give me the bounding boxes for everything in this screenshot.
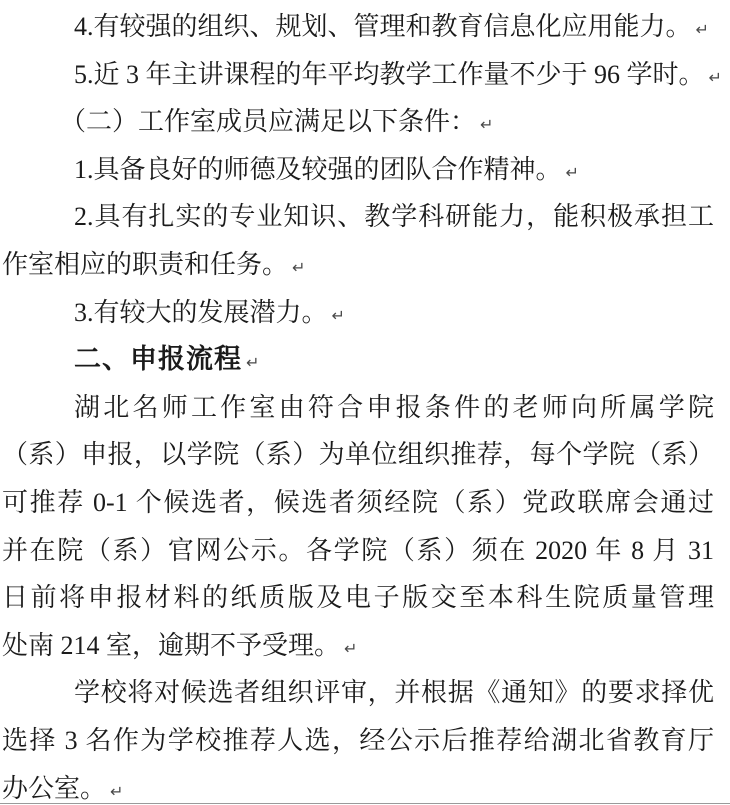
document-line: 可推荐 0-1 个候选者，候选者须经院（系）党政联席会通过 [2, 479, 718, 527]
line-text: 选择 3 名作为学校推荐人选，经公示后推荐给湖北省教育厅 [2, 726, 714, 755]
paragraph-mark-icon: ↵ [696, 22, 709, 39]
line-text: 二、申报流程 [74, 344, 242, 374]
paragraph-mark-icon: ↵ [480, 117, 493, 134]
line-text: 可推荐 0-1 个候选者，候选者须经院（系）党政联席会通过 [2, 488, 714, 517]
line-text: 5.近 3 年主讲课程的年平均教学工作量不少于 96 学时。 [74, 60, 705, 89]
document-line: 作室相应的职责和任务。↵ [2, 241, 718, 289]
paragraph-mark-icon: ↵ [344, 641, 357, 658]
paragraph-mark-icon: ↵ [332, 308, 345, 325]
document-line: 湖北名师工作室由符合申报条件的老师向所属学院 [2, 384, 718, 432]
paragraph-mark-icon: ↵ [292, 260, 305, 277]
section-heading: 二、申报流程↵ [2, 336, 718, 384]
document-line: 学校将对候选者组织评审，并根据《通知》的要求择优 [2, 669, 718, 717]
line-text: 1.具备良好的师德及较强的团队合作精神。 [74, 155, 562, 184]
line-text: 日前将申报材料的纸质版及电子版交至本科生院质量管理 [2, 583, 714, 612]
line-text: （二）工作室成员应满足以下条件： [60, 107, 476, 136]
line-text: 2.具有扎实的专业知识、教学科研能力，能积极承担工 [74, 202, 714, 231]
document-line: 3.有较大的发展潜力。↵ [2, 289, 718, 337]
document-line: 2.具有扎实的专业知识、教学科研能力，能积极承担工 [2, 193, 718, 241]
document-line: 1.具备良好的师德及较强的团队合作精神。↵ [2, 146, 718, 194]
document-line: （二）工作室成员应满足以下条件：↵ [2, 98, 718, 146]
document-line: 并在院（系）官网公示。各学院（系）须在 2020 年 8 月 31 [2, 527, 718, 575]
paragraph-mark-icon: ↵ [566, 165, 579, 182]
document-line: 处南 214 室，逾期不予受理。↵ [2, 622, 718, 670]
document-line: 4.有较强的组织、规划、管理和教育信息化应用能力。↵ [2, 3, 718, 51]
line-text: 3.有较大的发展潜力。 [74, 298, 328, 327]
line-text: 处南 214 室，逾期不予受理。 [2, 631, 340, 660]
page-bottom-divider [0, 803, 730, 804]
line-text: 并在院（系）官网公示。各学院（系）须在 2020 年 8 月 31 [2, 536, 714, 565]
paragraph-mark-icon: ↵ [110, 784, 123, 801]
document-page: 4.有较强的组织、规划、管理和教育信息化应用能力。↵ 5.近 3 年主讲课程的年… [0, 0, 730, 805]
document-line: 选择 3 名作为学校推荐人选，经公示后推荐给湖北省教育厅 [2, 717, 718, 765]
line-text: 办公室。 [2, 774, 106, 803]
document-line: （系）申报，以学院（系）为单位组织推荐，每个学院（系） [2, 431, 718, 479]
document-line: 办公室。↵ [2, 765, 718, 805]
document-line: 日前将申报材料的纸质版及电子版交至本科生院质量管理 [2, 574, 718, 622]
line-text: 学校将对候选者组织评审，并根据《通知》的要求择优 [74, 678, 714, 707]
document-line: 5.近 3 年主讲课程的年平均教学工作量不少于 96 学时。↵ [2, 51, 718, 99]
line-text: 作室相应的职责和任务。 [2, 250, 288, 279]
line-text: 4.有较强的组织、规划、管理和教育信息化应用能力。 [74, 12, 692, 41]
line-text: （系）申报，以学院（系）为单位组织推荐，每个学院（系） [2, 440, 714, 469]
paragraph-mark-icon: ↵ [709, 70, 722, 87]
line-text: 湖北名师工作室由符合申报条件的老师向所属学院 [74, 393, 714, 422]
paragraph-mark-icon: ↵ [246, 355, 259, 372]
